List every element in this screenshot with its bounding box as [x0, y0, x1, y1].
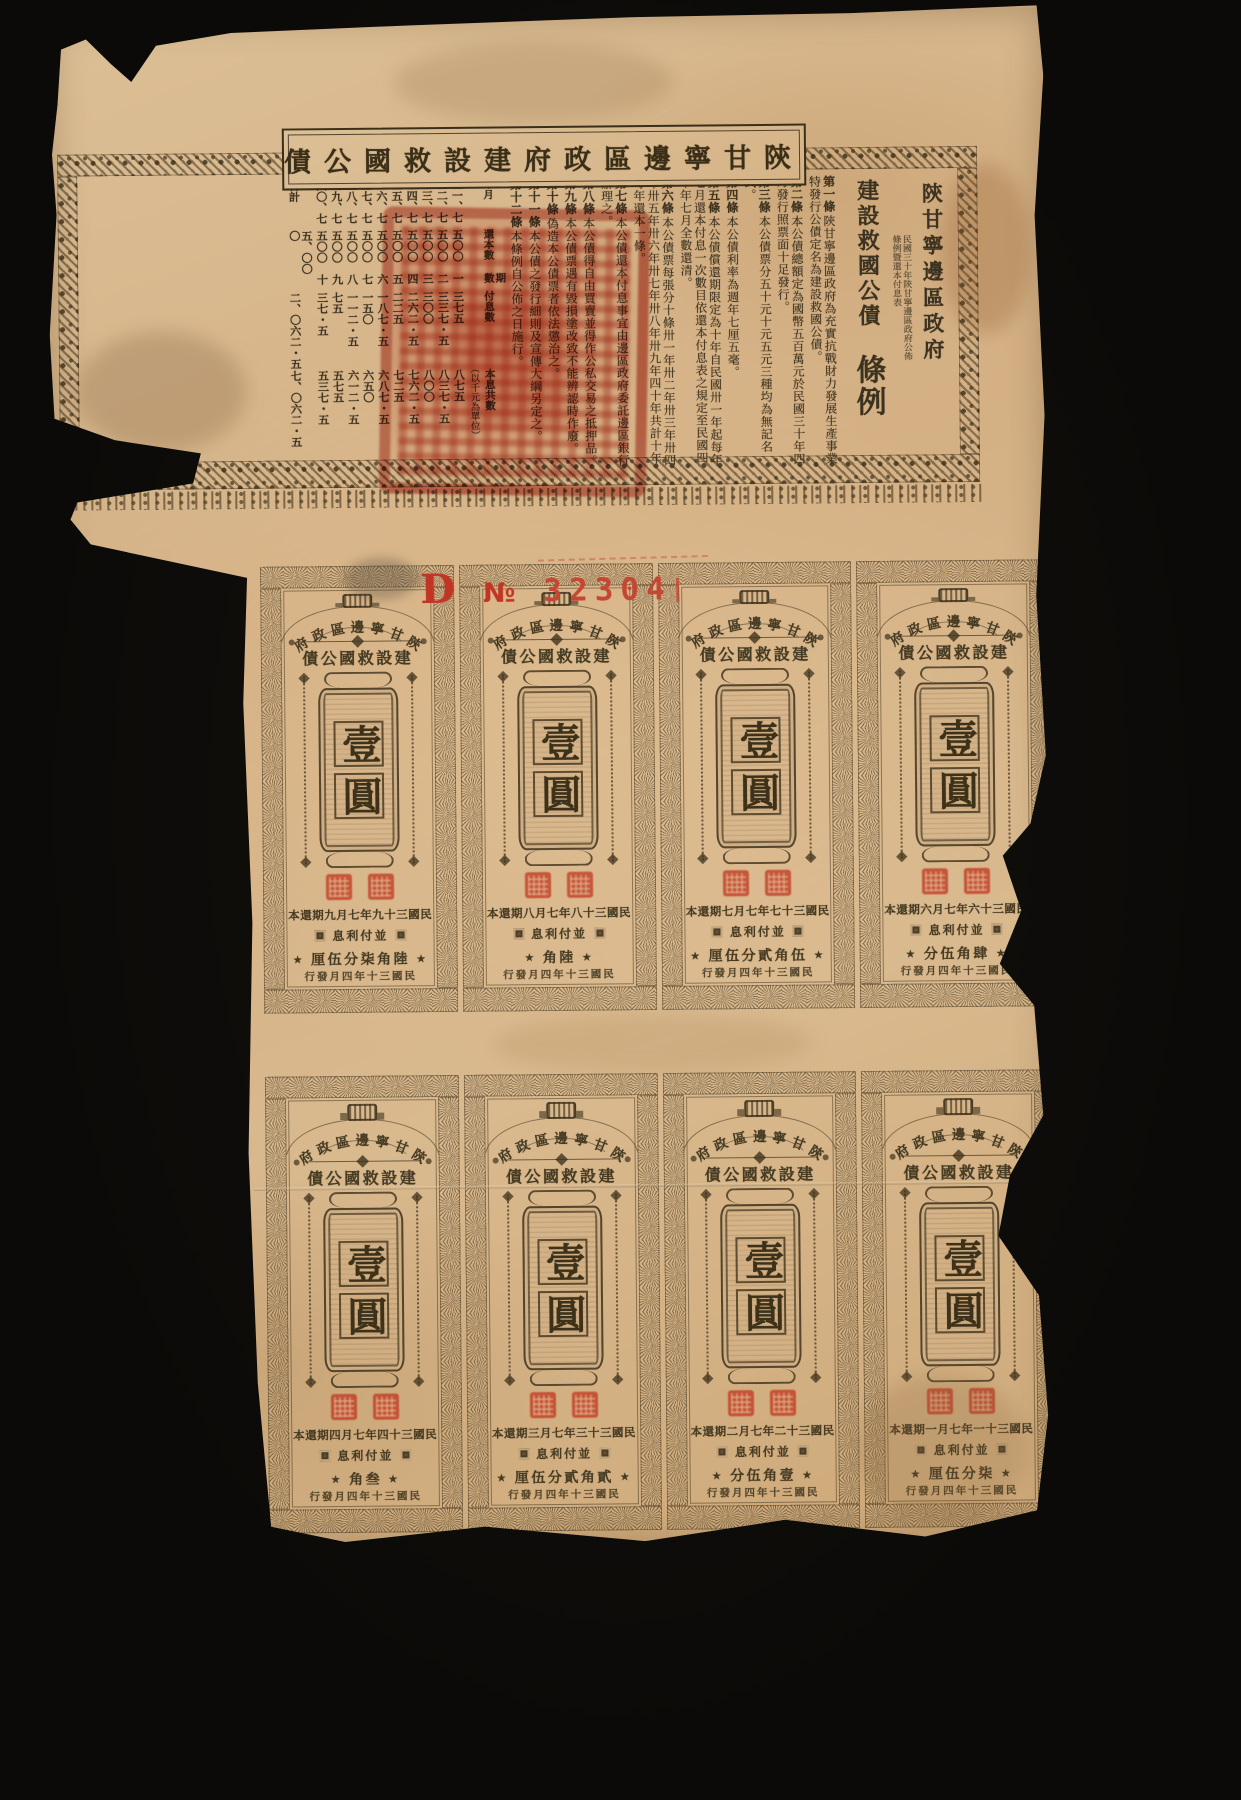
tassel-ornament: [308, 1196, 312, 1384]
crest-icon: [744, 1100, 774, 1117]
crest-icon: [943, 1098, 973, 1115]
interest-amount-line: ★ 角叁 ★: [331, 1468, 401, 1489]
coupon-border-ornament: [662, 1071, 856, 1095]
red-seal-stamp: [728, 1390, 754, 1416]
masthead-note-line: 條例暨還本付息表: [890, 235, 903, 467]
regulation-article: 第一條陝甘寧邊區政府為充實抗戰財力發展生產事業特發行公債定名為建設救國公債。: [807, 175, 838, 467]
coupon-border-ornament: [264, 988, 458, 1014]
seal-mark-icon: [314, 930, 325, 941]
denomination: 壹圓: [736, 1234, 787, 1338]
stain: [393, 41, 674, 124]
tassel-ornament: [411, 675, 415, 863]
star-icon: ★: [331, 1473, 343, 1486]
coupon-row-bottom: 府政區邊寧甘陝 債公國救設建 壹圓 本還期四月七年四十三國民 息利付並: [265, 1069, 1059, 1534]
scan-background: 債公國救設建府政區邊寧甘陝 陝甘寧邊區政府 民國三十年陝甘寧邊區政府公佈 條例暨…: [0, 0, 1241, 1800]
regulation-article: 第二條本公債總額定為國幣五百萬元於民國三十年四月發行照票面十足發行。: [775, 176, 806, 468]
tassel-ornament: [615, 1193, 619, 1381]
red-seal-stamp: [331, 1394, 357, 1420]
payment-table-column: 三八、七五〇〇八一一二・五六一二・五: [345, 180, 360, 472]
interest-note-line: 息利付並: [513, 925, 605, 943]
star-icon: ★: [1001, 1466, 1013, 1479]
redemption-date-line: 本還期三月七年三十三國民: [492, 1424, 636, 1441]
coupon-border-ornament: [632, 585, 657, 986]
coupon-border-ornament: [865, 1502, 1059, 1528]
red-seals: [326, 874, 394, 901]
tassel-ornament: [502, 674, 506, 862]
coupon-border-ornament: [265, 1075, 459, 1099]
seal-mark-icon: [712, 926, 723, 937]
coupon-border-ornament: [269, 1508, 463, 1534]
bond-coupon: 府政區邊寧甘陝 債公國救設建 壹圓 本還期四月七年四十三國民 息利付並: [265, 1075, 463, 1534]
red-seals: [331, 1394, 399, 1421]
crest-icon: [546, 1102, 576, 1119]
payment-table-column: 合計五、〇〇〇二、〇六二・五七、〇六二・五: [287, 180, 314, 472]
denomination-cartouche: 壹圓: [299, 671, 419, 868]
regulation-article: 第三條本公債票分五十元十元五元三種均為無記名式。: [743, 176, 774, 468]
redemption-date-line: 本還期七月七年七十三國民: [686, 902, 830, 919]
tassel-ornament: [904, 1191, 908, 1379]
interest-note-line: 息利付並: [518, 1444, 610, 1462]
payment-table-column: 三七、七五〇〇七一五〇六五〇: [360, 180, 375, 472]
denomination: 壹圓: [537, 1236, 588, 1340]
seal-mark-icon: [911, 924, 922, 935]
redemption-date-line: 本還期一月七年一十三國民: [889, 1420, 1033, 1437]
red-seals: [530, 1392, 598, 1419]
star-icon: ★: [496, 1471, 508, 1484]
interest-amount-line: ★ 厘伍分柒角陸 ★: [293, 948, 429, 969]
interest-note-line: 息利付並: [915, 1441, 1007, 1459]
red-seals: [927, 1388, 995, 1415]
redemption-date-line: 本還期四月七年四十三國民: [293, 1426, 437, 1443]
coupon-border-ornament: [835, 1093, 860, 1504]
denomination: 壹圓: [532, 716, 583, 820]
star-icon: ★: [905, 947, 917, 960]
red-seals: [728, 1390, 796, 1417]
denomination-cartouche: 壹圓: [900, 1186, 1020, 1383]
coupon-bond-title: 債公國救設建: [903, 1160, 1014, 1184]
red-seal-stamp: [373, 1394, 399, 1420]
stain: [492, 1012, 813, 1075]
payment-table-column: 三九、七五〇〇九七五五七五: [329, 180, 344, 472]
star-icon: ★: [293, 953, 305, 966]
issue-date-line: 行發月四年十三國民: [508, 1486, 621, 1502]
red-seal-stamp: [922, 868, 948, 894]
coupon-border-ornament: [464, 1097, 489, 1508]
coupon-border-ornament: [861, 1069, 1055, 1093]
red-seal-stamp: [326, 874, 352, 900]
masthead-subtitle: 條例: [850, 353, 886, 417]
issue-date-line: 行發月四年十三國民: [503, 966, 616, 982]
bond-coupon: 府政區邊寧甘陝 債公國救設建 壹圓 本還期七月七年七十三國民 息利付並: [657, 561, 855, 1010]
interest-amount-line: ★ 分伍角壹 ★: [712, 1465, 815, 1486]
red-seal-stamp: [368, 874, 394, 900]
coupon-border-ornament: [438, 1097, 463, 1508]
tassel-ornament: [1007, 670, 1011, 858]
star-icon: ★: [388, 1472, 400, 1485]
serial-digits: 32304: [543, 571, 679, 609]
seal-mark-icon: [992, 924, 1003, 935]
red-stamp-artifact: [538, 555, 708, 562]
coupon-border-ornament: [661, 984, 855, 1010]
denomination-cartouche: 壹圓: [503, 1189, 623, 1386]
red-seal-stamp: [964, 868, 990, 894]
coupon-bond-title: 債公國救設建: [705, 1161, 816, 1185]
seal-mark-icon: [793, 926, 804, 937]
denomination-cartouche: 壹圓: [696, 667, 816, 864]
coupon-border-ornament: [265, 1099, 290, 1510]
bond-coupon: 府政區邊寧甘陝 債公國救設建 壹圓 本還期九月七年九十三國民 息利付並: [260, 565, 458, 1014]
coupon-border-ornament: [830, 583, 855, 984]
star-icon: ★: [416, 952, 428, 965]
coupon-border-ornament: [658, 585, 683, 986]
denomination: 壹圓: [338, 1238, 389, 1342]
tassel-ornament: [507, 1194, 511, 1382]
star-icon: ★: [620, 1470, 632, 1483]
seal-mark-icon: [513, 928, 524, 939]
regulation-article: 第四條本公債利率為週年七厘五毫。: [724, 176, 741, 468]
redemption-date-line: 本還期八月七年八十三國民: [487, 904, 631, 921]
seal-mark-icon: [717, 1446, 728, 1457]
denomination-cartouche: 壹圓: [498, 669, 618, 866]
coupon-border-ornament: [856, 559, 1050, 583]
denomination-cartouche: 壹圓: [895, 666, 1015, 863]
red-seal-stamp: [572, 1392, 598, 1418]
tassel-ornament: [303, 676, 307, 864]
coupon-border-ornament: [856, 583, 881, 984]
masthead-org: 陝甘寧邊區政府: [916, 174, 949, 466]
serial-number: D № 32304: [420, 562, 679, 613]
coupon-border-ornament: [433, 587, 458, 988]
interest-note-line: 息利付並: [712, 923, 804, 941]
interest-note-line: 息利付並: [314, 926, 406, 944]
tassel-ornament: [700, 673, 704, 861]
tassel-ornament: [610, 673, 614, 861]
interest-amount-line: ★ 厘伍分貳角伍 ★: [690, 944, 826, 965]
coupon-bond-title: 債公國救設建: [307, 1165, 418, 1189]
coupon-border-ornament: [464, 1073, 658, 1097]
denomination: 壹圓: [934, 1232, 985, 1336]
issue-date-line: 行發月四年十三國民: [901, 963, 1014, 979]
star-icon: ★: [996, 946, 1008, 959]
bond-coupon: 府政區邊寧甘陝 債公國救設建 壹圓 本還期六月七年六十三國民 息利付並: [856, 559, 1054, 1008]
red-seal-stamp: [927, 1388, 953, 1414]
star-icon: ★: [582, 950, 594, 963]
coupon-border-ornament: [260, 589, 285, 990]
redemption-date-line: 本還期六月七年六十三國民: [884, 900, 1028, 917]
bond-title-box: 債公國救設建府政區邊寧甘陝: [282, 124, 807, 191]
red-seal-stamp: [969, 1388, 995, 1414]
seal-mark-icon: [916, 1444, 927, 1455]
tassel-ornament: [416, 1195, 420, 1383]
issue-date-line: 行發月四年十三國民: [906, 1483, 1019, 1499]
coupon-bond-title: 債公國救設建: [506, 1163, 617, 1187]
coupon-border-ornament: [459, 587, 484, 988]
denomination: 壹圓: [731, 714, 782, 818]
masthead-title: 建設救國公債 條例: [844, 175, 891, 467]
seal-mark-icon: [319, 1450, 330, 1461]
interest-amount-line: ★ 角陸 ★: [524, 947, 594, 968]
bond-coupon: 府政區邊寧甘陝 債公國救設建 壹圓 本還期一月七年一十三國民 息利付並: [861, 1069, 1059, 1528]
seal-mark-icon: [599, 1447, 610, 1458]
seal-mark-icon: [798, 1446, 809, 1457]
red-seals: [525, 872, 593, 899]
star-icon: ★: [690, 949, 702, 962]
crest-icon: [347, 1104, 377, 1121]
denomination: 壹圓: [930, 712, 981, 816]
interest-note-line: 息利付並: [910, 921, 1002, 939]
bond-sheet: 債公國救設建府政區邊寧甘陝 陝甘寧邊區政府 民國三十年陝甘寧邊區政府公佈 條例暨…: [43, 3, 1063, 1555]
seal-mark-icon: [395, 929, 406, 940]
red-seal-stamp: [770, 1390, 796, 1416]
tassel-ornament: [705, 1193, 709, 1381]
denomination-cartouche: 壹圓: [701, 1187, 821, 1384]
star-icon: ★: [712, 1469, 724, 1482]
redemption-date-line: 本還期二月七年二十三國民: [691, 1422, 835, 1439]
star-icon: ★: [802, 1468, 814, 1481]
issue-date-line: 行發月四年十三國民: [309, 1488, 422, 1504]
red-seal-stamp: [525, 872, 551, 898]
interest-amount-line: ★ 厘伍分柒 ★: [910, 1463, 1013, 1484]
coupon-border-ornament: [860, 982, 1054, 1008]
seal-mark-icon: [594, 928, 605, 939]
red-seals: [922, 868, 990, 895]
bond-title: 債公國救設建府政區邊寧甘陝: [284, 135, 804, 179]
bond-coupon: 府政區邊寧甘陝 債公國救設建 壹圓 本還期二月七年二十三國民 息利付並: [662, 1071, 860, 1530]
star-icon: ★: [524, 951, 536, 964]
official-red-seal: [379, 206, 651, 497]
star-icon: ★: [910, 1467, 922, 1480]
bond-coupon: 府政區邊寧甘陝 債公國救設建 壹圓 本還期八月七年八十三國民 息利付並: [459, 563, 657, 1012]
serial-prefix: D: [420, 566, 455, 614]
coupon-border-ornament: [468, 1506, 662, 1532]
red-seal-stamp: [567, 872, 593, 898]
red-seal-stamp: [530, 1392, 556, 1418]
interest-note-line: 息利付並: [319, 1446, 411, 1464]
seal-mark-icon: [400, 1449, 411, 1460]
coupon-border-ornament: [1029, 581, 1054, 982]
red-seal-stamp: [723, 870, 749, 896]
bond-coupon: 府政區邊寧甘陝 債公國救設建 壹圓 本還期三月七年三十三國民 息利付並: [464, 1073, 662, 1532]
ornament-band-left: [57, 177, 80, 463]
interest-amount-line: ★ 分伍角肆 ★: [905, 943, 1008, 964]
issue-date-line: 行發月四年十三國民: [707, 1484, 820, 1500]
payment-table-column: 四〇、七五〇〇十三七・五五三七・五: [314, 180, 329, 472]
coupon-border-ornament: [1034, 1091, 1059, 1502]
tassel-ornament: [899, 671, 903, 859]
redemption-date-line: 本還期九月七年九十三國民: [288, 906, 432, 923]
interest-amount-line: ★ 厘伍分貳角貳 ★: [496, 1466, 632, 1487]
coupon-border-ornament: [663, 1095, 688, 1506]
coupon-border-ornament: [861, 1093, 886, 1504]
star-icon: ★: [814, 948, 826, 961]
regulation-article: 第五條本公債償還期限定為十年自民國卅一年起每年七月還本付息一次數目依還本付息表之…: [678, 176, 723, 468]
coupon-border-ornament: [657, 561, 851, 585]
seal-mark-icon: [518, 1448, 529, 1459]
tassel-ornament: [808, 672, 812, 860]
red-seals: [723, 870, 791, 897]
masthead-note: 民國三十年陝甘寧邊區政府公佈 條例暨還本付息表: [890, 175, 913, 467]
coupon-border-ornament: [666, 1504, 860, 1530]
numero-sign: №: [483, 578, 516, 610]
coupon-border-ornament: [637, 1095, 662, 1506]
interest-note-line: 息利付並: [717, 1443, 809, 1461]
issue-date-line: 行發月四年十三國民: [304, 968, 417, 984]
denomination-cartouche: 壹圓: [304, 1191, 424, 1388]
denomination: 壹圓: [333, 718, 384, 822]
coupon-border-ornament: [463, 986, 657, 1012]
ornament-band-right: [957, 168, 980, 454]
seal-mark-icon: [997, 1444, 1008, 1455]
tassel-ornament: [1012, 1190, 1016, 1378]
red-seal-stamp: [765, 870, 791, 896]
issue-date-line: 行發月四年十三國民: [702, 964, 815, 980]
coupon-row-top: 府政區邊寧甘陝 債公國救設建 壹圓 本還期九月七年九十三國民 息利付並: [260, 559, 1054, 1014]
tassel-ornament: [813, 1191, 817, 1379]
